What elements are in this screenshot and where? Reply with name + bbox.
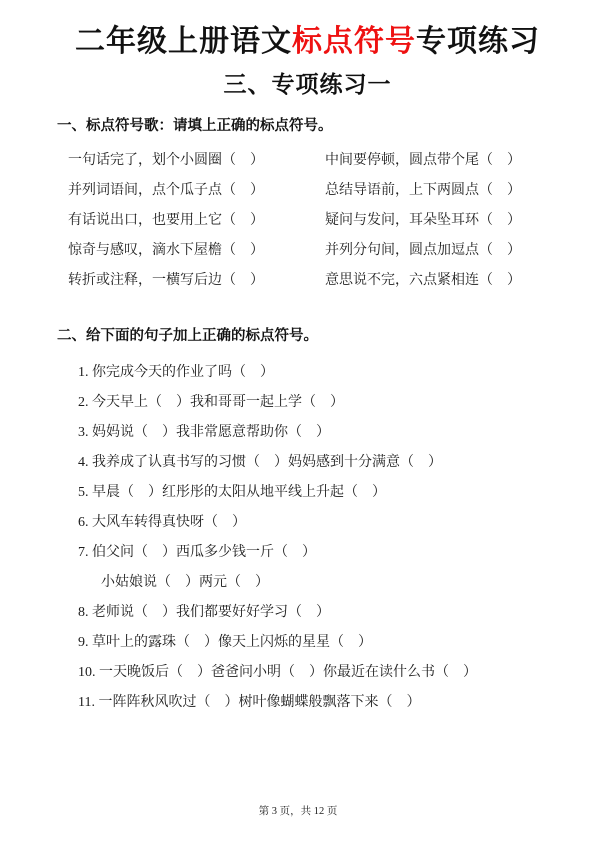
- sentence-item: 5. 早晨（ ）红彤彤的太阳从地平线上升起（ ）: [78, 476, 558, 506]
- song-line: 并列分句间，圆点加逗点（ ）: [325, 239, 521, 259]
- song-line: 一句话完了，划个小圆圈（ ）: [68, 149, 325, 169]
- song-line: 并列词语间，点个瓜子点（ ）: [68, 179, 325, 199]
- song-line: 意思说不完，六点紧相连（ ）: [325, 269, 521, 289]
- sentence-item: 6. 大风车转得真快呀（ ）: [78, 506, 558, 536]
- song-row: 转折或注释，一横写后边（ ） 意思说不完，六点紧相连（ ）: [57, 264, 558, 294]
- sentence-list: 1. 你完成今天的作业了吗（ ） 2. 今天早上（ ）我和哥哥一起上学（ ） 3…: [57, 356, 558, 716]
- song-line: 中间要停顿，圆点带个尾（ ）: [325, 149, 521, 169]
- sentence-item: 8. 老师说（ ）我们都要好好学习（ ）: [78, 596, 558, 626]
- song-row: 有话说出口，也要用上它（ ） 疑问与发问，耳朵坠耳环（ ）: [57, 204, 558, 234]
- sentence-item: 7. 伯父问（ ）西瓜多少钱一斤（ ）: [78, 536, 558, 566]
- worksheet-page: 二年级上册语文标点符号专项练习 三、专项练习一 一、标点符号歌：请填上正确的标点…: [0, 0, 596, 842]
- page-subtitle: 三、专项练习一: [57, 70, 558, 98]
- song-row: 一句话完了，划个小圆圈（ ） 中间要停顿，圆点带个尾（ ）: [57, 144, 558, 174]
- section1-heading: 一、标点符号歌：请填上正确的标点符号。: [57, 116, 558, 136]
- punctuation-song: 一句话完了，划个小圆圈（ ） 中间要停顿，圆点带个尾（ ） 并列词语间，点个瓜子…: [57, 144, 558, 294]
- title-suffix: 专项练习: [416, 25, 540, 58]
- sentence-item: 9. 草叶上的露珠（ ）像天上闪烁的星星（ ）: [78, 626, 558, 656]
- sentence-item: 2. 今天早上（ ）我和哥哥一起上学（ ）: [78, 386, 558, 416]
- song-line: 惊奇与感叹，滴水下屋檐（ ）: [68, 239, 325, 259]
- song-line: 疑问与发问，耳朵坠耳环（ ）: [325, 209, 521, 229]
- song-row: 并列词语间，点个瓜子点（ ） 总结导语前，上下两圆点（ ）: [57, 174, 558, 204]
- title-prefix: 二年级上册语文: [75, 25, 292, 58]
- sentence-item: 1. 你完成今天的作业了吗（ ）: [78, 356, 558, 386]
- title-highlight: 标点符号: [292, 25, 416, 58]
- song-line: 转折或注释，一横写后边（ ）: [68, 269, 325, 289]
- sentence-item: 11. 一阵阵秋风吹过（ ）树叶像蝴蝶般飘落下来（ ）: [78, 686, 558, 716]
- sentence-item-continuation: 小姑娘说（ ）两元（ ）: [101, 566, 558, 596]
- song-line: 总结导语前，上下两圆点（ ）: [325, 179, 521, 199]
- page-number-indicator: 第 3 页，共 12 页: [0, 803, 596, 818]
- song-line: 有话说出口，也要用上它（ ）: [68, 209, 325, 229]
- sentence-item: 10. 一天晚饭后（ ）爸爸问小明（ ）你最近在读什么书（ ）: [78, 656, 558, 686]
- page-title: 二年级上册语文标点符号专项练习: [57, 24, 558, 60]
- sentence-item: 4. 我养成了认真书写的习惯（ ）妈妈感到十分满意（ ）: [78, 446, 558, 476]
- section2-heading: 二、给下面的句子加上正确的标点符号。: [57, 326, 558, 346]
- sentence-item: 3. 妈妈说（ ）我非常愿意帮助你（ ）: [78, 416, 558, 446]
- song-row: 惊奇与感叹，滴水下屋檐（ ） 并列分句间，圆点加逗点（ ）: [57, 234, 558, 264]
